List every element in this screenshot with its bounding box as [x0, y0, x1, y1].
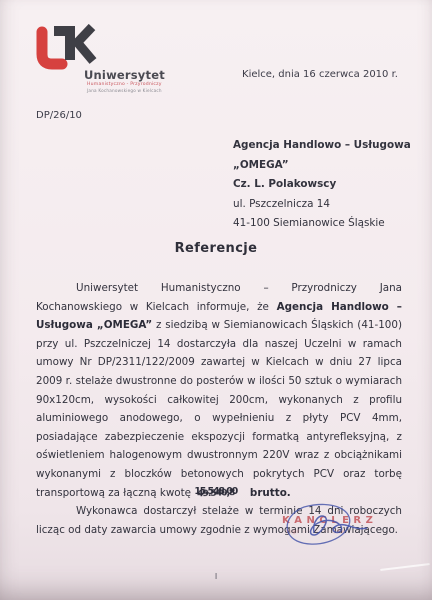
document-title: Referencje	[0, 241, 432, 256]
scan-artifact-line	[380, 563, 430, 571]
recipient-street: ul. Pszczelnicza 14	[233, 195, 411, 215]
recipient-company: Agencja Handlowo – Usługowa	[233, 136, 411, 156]
p1-brutto-bold: brutto.	[246, 487, 290, 499]
stamp-title: KANCLERZ	[282, 515, 422, 526]
recipient-company-name: „OMEGA”	[233, 156, 411, 176]
logo-university-name: Uniwersytet	[84, 68, 165, 82]
kanclerz-stamp: KANCLERZ mgr ··· ·······ska	[282, 515, 422, 535]
body-paragraph-1: Uniwersytet Humanistyczno – Przyrodniczy…	[36, 279, 402, 502]
logo-subtitle-2: Jana Kochanowskiego w Kielcach	[87, 88, 162, 93]
recipient-city: 41-100 Siemianowice Śląskie	[233, 214, 411, 234]
recipient-persons: Cz. L. Polakowscy	[233, 175, 411, 195]
reference-number: DP/26/10	[36, 110, 82, 121]
stamp-name-illegible: mgr ··· ·······ska	[286, 529, 422, 535]
page-number: I	[0, 572, 432, 581]
logo-subtitle-1: Humanistyczno - Przyrodniczy	[87, 82, 162, 87]
scanned-letter-page: { "page": { "page_number": "I" }, "logo"…	[0, 0, 432, 600]
university-logo: Uniwersytet Humanistyczno - Przyrodniczy…	[30, 24, 180, 104]
letter-body: Uniwersytet Humanistyczno – Przyrodniczy…	[36, 279, 402, 539]
recipient-address: Agencja Handlowo – Usługowa „OMEGA” Cz. …	[233, 136, 411, 234]
dateline: Kielce, dnia 16 czerwca 2010 r.	[225, 69, 415, 80]
amount-overwritten-scribble: 15.548,0049.540,8	[194, 486, 246, 497]
p1-text-2: z siedzibą w Siemianowicach Śląskich (41…	[36, 319, 402, 498]
